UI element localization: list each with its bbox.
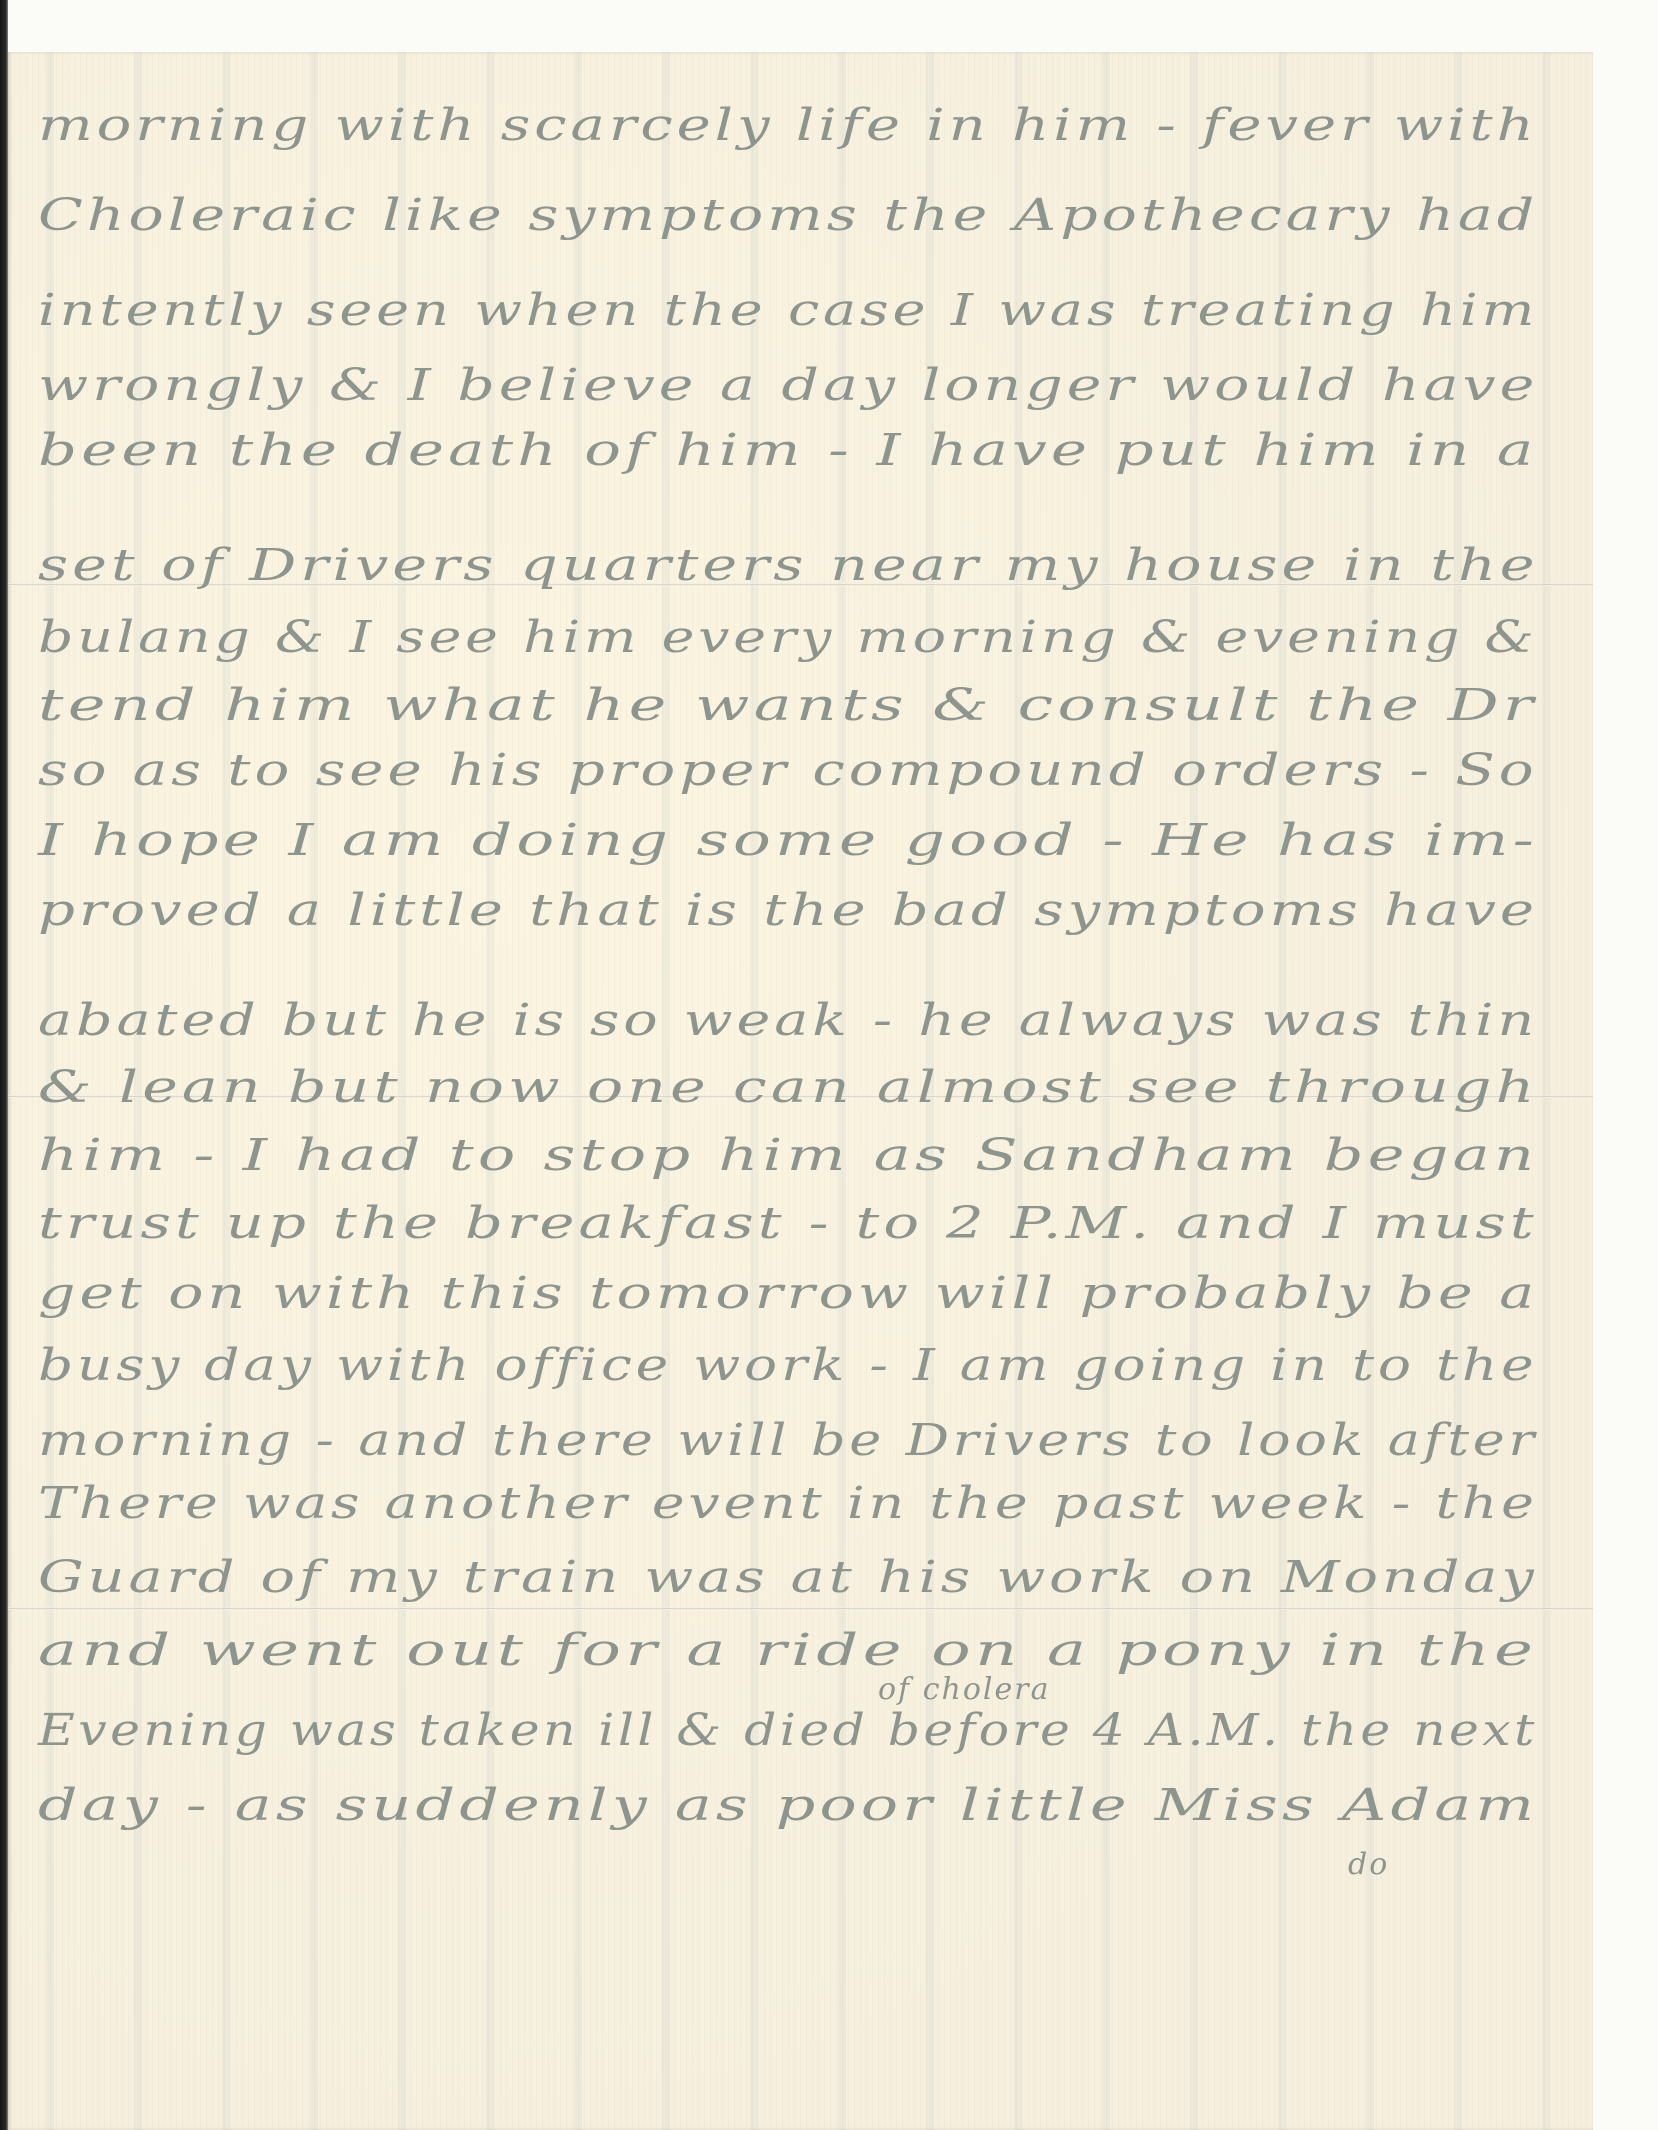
handwritten-line: bulang & I see him every morning & eveni… (38, 612, 1538, 663)
handwritten-line: abated but he is so weak - he always was… (38, 995, 1538, 1046)
handwritten-line: morning with scarcely life in him - feve… (38, 100, 1538, 151)
handwritten-line: day - as suddenly as poor little Miss Ad… (38, 1780, 1538, 1831)
handwritten-line: & lean but now one can almost see throug… (38, 1062, 1538, 1113)
handwritten-line: so as to see his proper compound orders … (38, 745, 1538, 796)
handwritten-line: Evening was taken ill & died before 4 A.… (38, 1705, 1538, 1756)
handwritten-line: wrongly & I believe a day longer would h… (38, 360, 1538, 411)
handwritten-line: busy day with office work - I am going i… (38, 1340, 1537, 1391)
letter-page: morning with scarcely life in him - feve… (8, 52, 1594, 2130)
handwritten-line: trust up the breakfast - to 2 P.M. and I… (38, 1198, 1538, 1249)
handwritten-line: set of Drivers quarters near my house in… (38, 540, 1539, 591)
continuation-catchword: do (1348, 1847, 1389, 1882)
handwritten-line: get on with this tomorrow will probably … (38, 1268, 1538, 1319)
scan-border (0, 0, 8, 2130)
handwritten-line: tend him what he wants & consult the Dr (38, 680, 1538, 731)
handwritten-line: I hope I am doing some good - He has im- (38, 815, 1538, 866)
handwritten-line: There was another event in the past week… (38, 1478, 1538, 1529)
handwritten-line: and went out for a ride on a pony in the (38, 1625, 1537, 1676)
handwritten-line: morning - and there will be Drivers to l… (38, 1415, 1538, 1466)
handwritten-line: Choleraic like symptoms the Apothecary h… (38, 190, 1538, 241)
fold-line (8, 1607, 1593, 1610)
handwritten-line: proved a little that is the bad symptoms… (38, 885, 1538, 936)
scan-margin (1593, 0, 1658, 2130)
handwritten-line: him - I had to stop him as Sandham began (38, 1130, 1538, 1181)
handwritten-line: been the death of him - I have put him i… (38, 425, 1537, 476)
handwritten-line: intently seen when the case I was treati… (38, 285, 1538, 336)
interlinear-insertion: of cholera (878, 1672, 1050, 1707)
handwritten-line: Guard of my train was at his work on Mon… (38, 1552, 1538, 1603)
